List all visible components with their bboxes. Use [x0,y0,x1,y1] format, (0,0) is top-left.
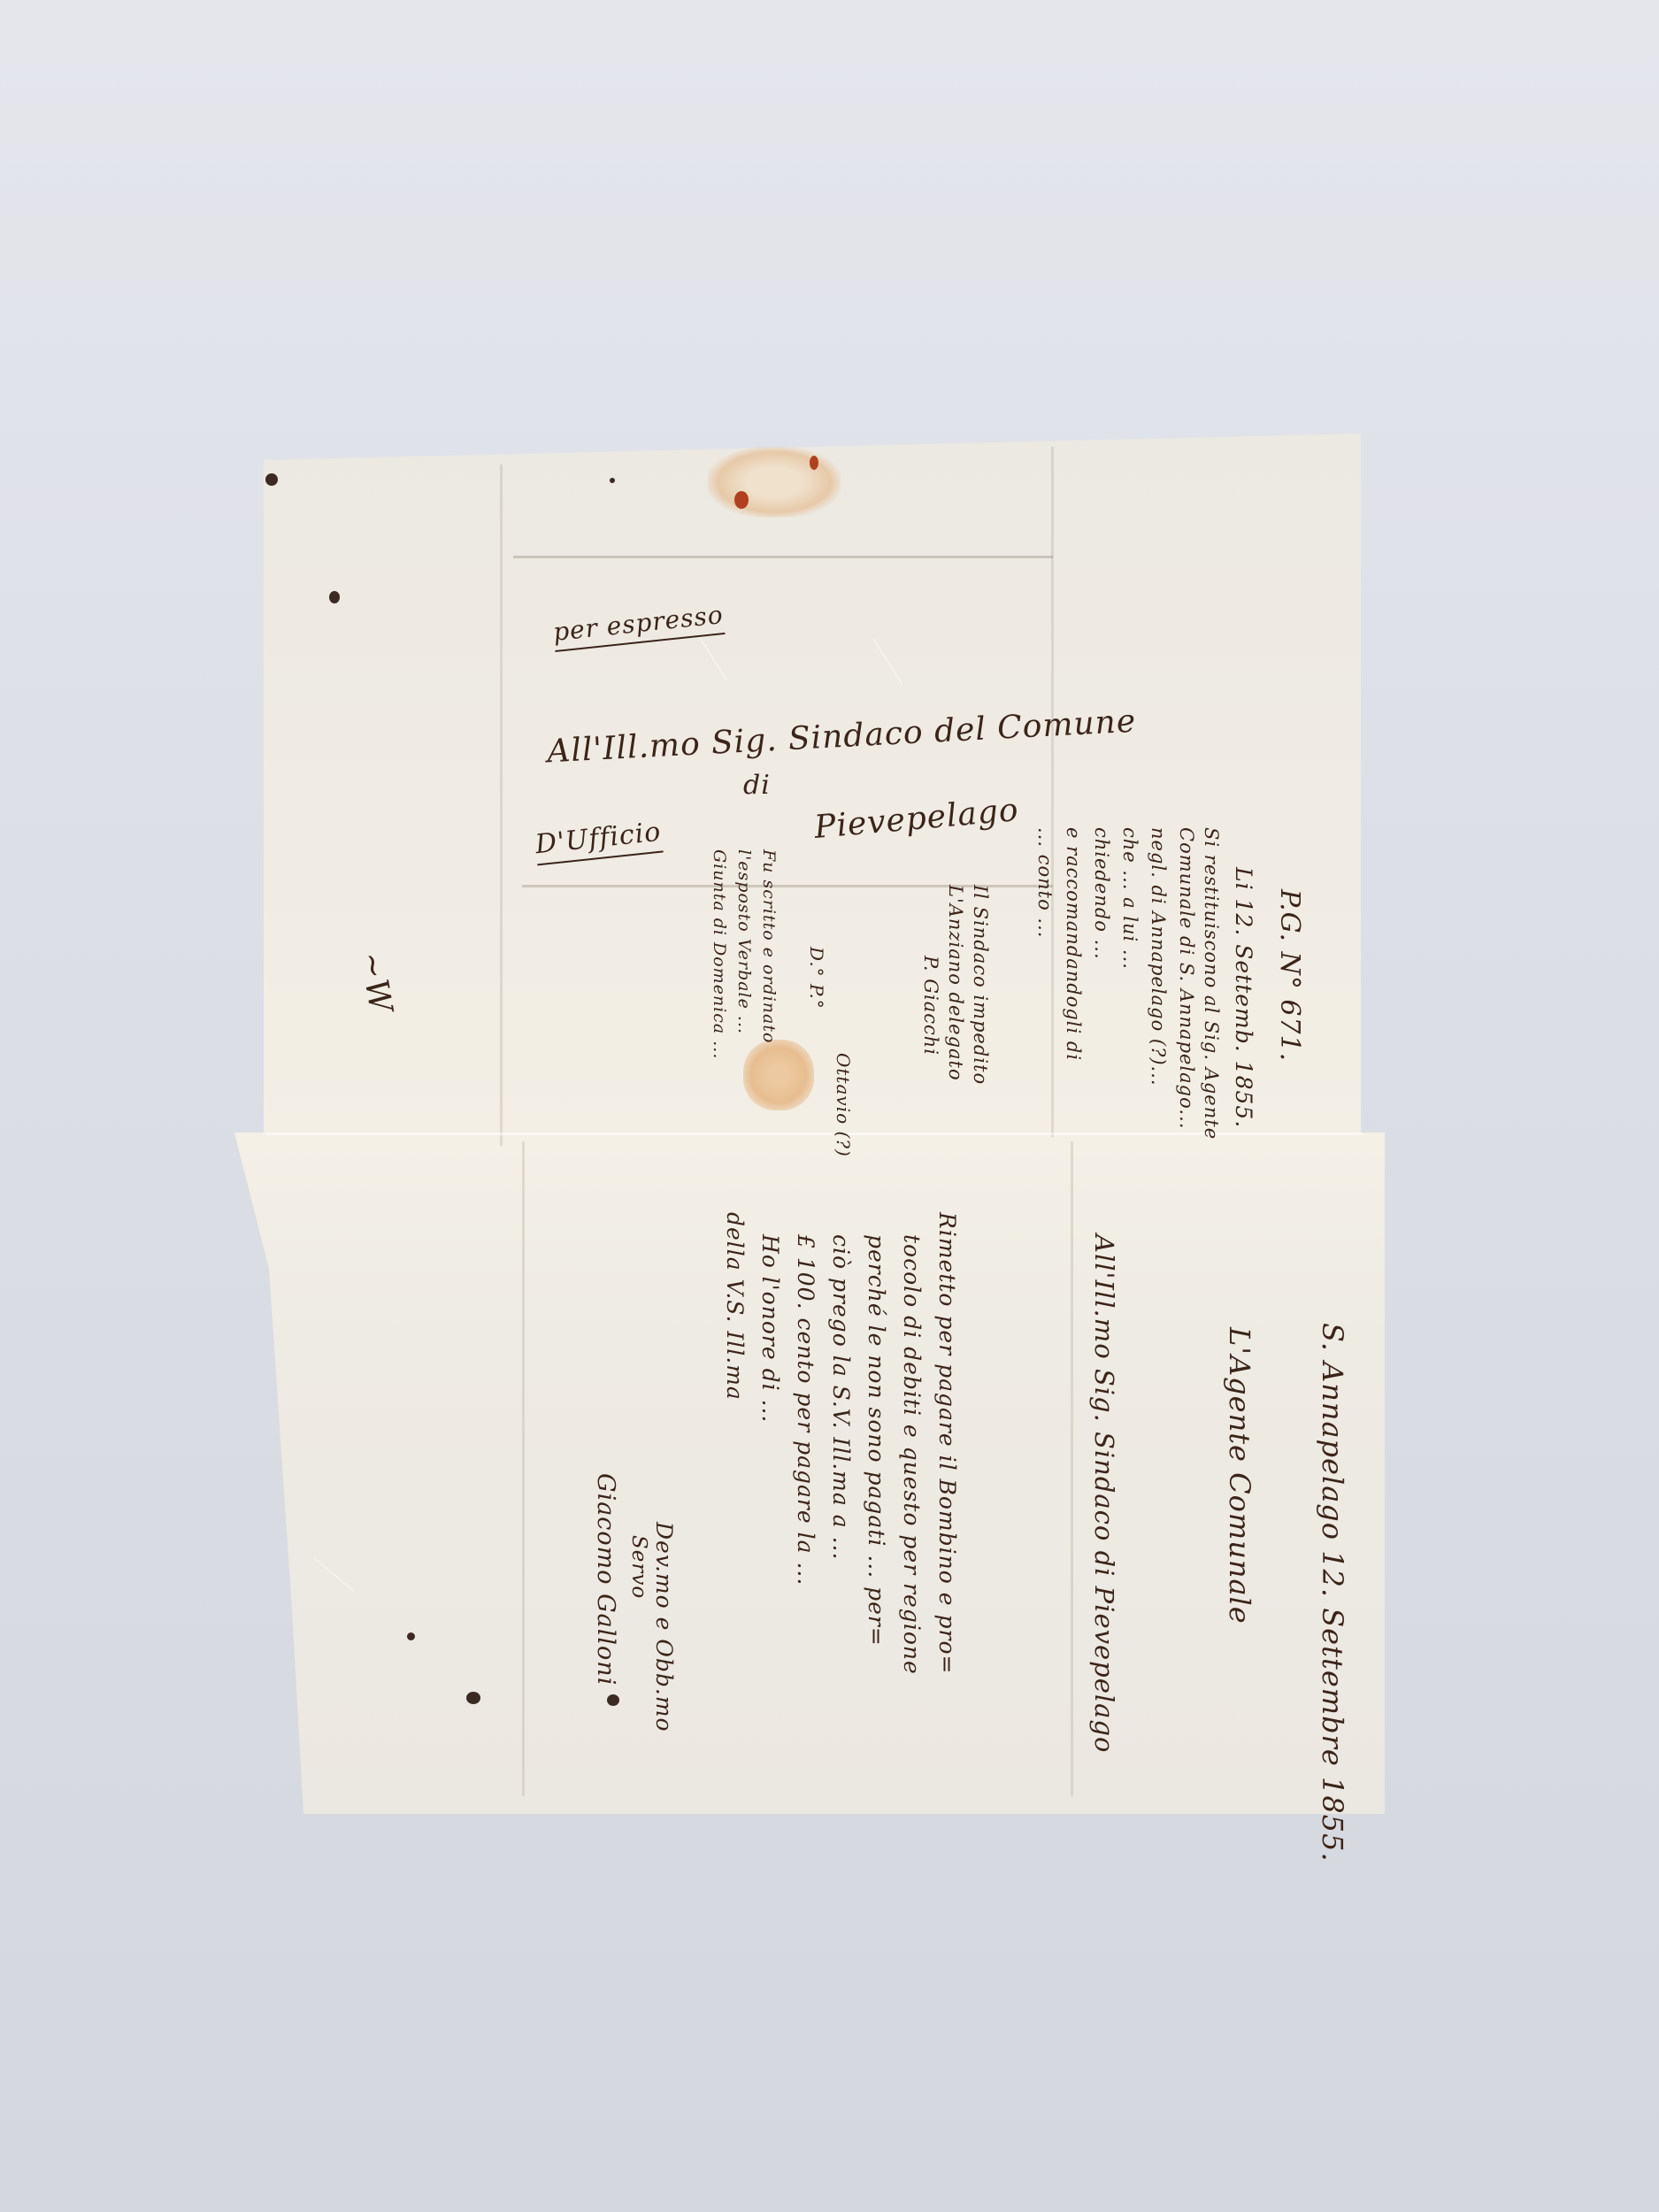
fold-line [1071,1141,1073,1796]
registry-text: Comunale di S. Annapelago... [1176,827,1197,1129]
registry-signature: P. Giacchi [920,956,941,1056]
registry-text: e raccomandandogli di [1063,827,1084,1061]
registry-date: Li 12. Settemb. 1855. [1231,867,1256,1128]
letter-body-line: Rimetto per pagare il Bombino e pro= [934,1212,960,1674]
protocol-number: P.G. N° 671. [1274,889,1305,1062]
margin-signature: Ottavio (?) [833,1053,854,1157]
letter-closing: Dev.mo e Obb.mo [651,1522,677,1732]
registry-signature: L'Anziano delegato [945,885,966,1081]
ink-spot [466,1692,480,1704]
recipient-di: di [743,770,771,801]
margin-note: Giunta di Domenica ... [710,849,729,1059]
registry-text: che ... a lui ... [1119,827,1141,970]
letter-sender: L'Agente Comunale [1223,1327,1256,1624]
wax-seal-fragment [734,491,749,509]
torn-seal-area [708,447,841,518]
fold-line [500,465,503,1146]
letter-place-date: S. Annapelago 12. Settembre 1855. [1316,1323,1349,1863]
registry-text: chiedendo ... [1091,827,1112,960]
letter-closing: Servo [627,1535,650,1599]
registry-text: ... conto ... [1034,827,1056,938]
margin-note: l'esposto Verbale ... [734,849,754,1034]
margin-note: Fu scritto e ordinato [759,849,779,1043]
ink-spot [407,1632,415,1640]
letter-body-line: della V.S. Ill.ma [722,1212,748,1401]
ink-spot [610,478,615,483]
wax-seal-fragment [810,456,818,470]
letter-body-line: tocolo di debiti e questo per regione [899,1234,925,1675]
ink-spot [265,473,278,486]
letter-body-line: £ 100. cento per pagare la ... [793,1234,818,1586]
fold-line [522,1141,525,1796]
registry-text: Si restituiscono al Sig. Agente [1196,827,1225,1140]
letter-signature: Giacomo Galloni [592,1473,619,1686]
letter-body-line: Ho l'onore di ... [757,1234,783,1423]
letter-body-line: perché le non sono pagati ... per= [864,1234,889,1647]
letter-addressee: All'Ill.mo Sig. Sindaco di Pievepelago [1089,1234,1119,1753]
ink-spot [607,1694,619,1706]
ink-spot [329,591,340,603]
seal-stain [743,1040,814,1110]
registry-signature: Il Sindaco impedito [970,885,991,1085]
registry-text: negl. di Annapelago (?)... [1148,827,1169,1087]
fold-line [1051,447,1054,1137]
fold-line [513,556,1053,558]
letter-body-line: ciò prego la S.V. Ill.ma a ... [828,1234,854,1560]
margin-note: D.° P.° [806,947,827,1010]
